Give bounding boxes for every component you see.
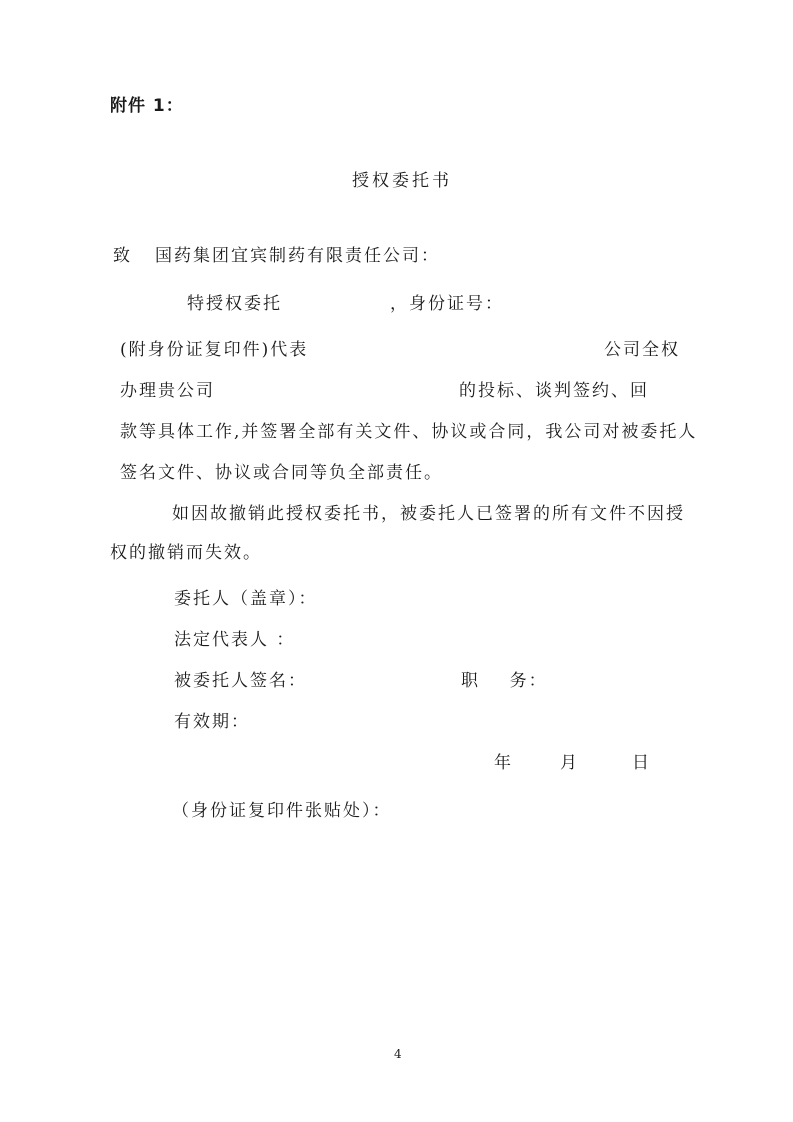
document-page: 附件 1： 授权委托书 致 国药集团宜宾制药有限责任公司： 特授权委托 ，身份证… [0,0,793,1122]
attachment-label: 附件 1： [110,95,184,117]
principal-seal-label: 委托人（盖章）： [174,588,318,610]
date-month: 月 [560,752,579,774]
para1-line2-a: (附身份证复印件)代表 [120,339,308,361]
agent-signature-label: 被委托人签名： [174,670,307,692]
addressee: 国药集团宜宾制药有限责任公司： [155,245,440,267]
position-label: 职 务： [461,670,548,692]
para1-line3-a: 办理贵公司 [120,380,215,402]
date-year: 年 [494,752,513,774]
para1-line3-b: 的投标、谈判签约、回 [459,380,649,402]
para1-line1-a: 特授权委托 [187,293,282,315]
para2-line1: 如因故撤销此授权委托书，被委托人已签署的所有文件不因授 [172,503,685,525]
para2-line2: 权的撤销而失效。 [110,542,262,564]
date-day: 日 [632,752,651,774]
para1-line4: 款等具体工作,并签署全部有关文件、协议或合同，我公司对被委托人 [120,421,697,443]
para1-line5: 签名文件、协议或合同等负全部责任。 [120,462,443,484]
para1-line2-b: 公司全权 [604,339,680,361]
page-number: 4 [394,1043,402,1065]
id-copy-note: （身份证复印件张贴处）： [172,800,392,822]
validity-label: 有效期： [174,711,250,733]
document-title: 授权委托书 [352,170,452,192]
para1-line1-b: ，身份证号： [390,293,504,315]
legal-rep-label: 法定代表人 ： [174,629,295,651]
addressee-prefix: 致 [113,245,132,267]
